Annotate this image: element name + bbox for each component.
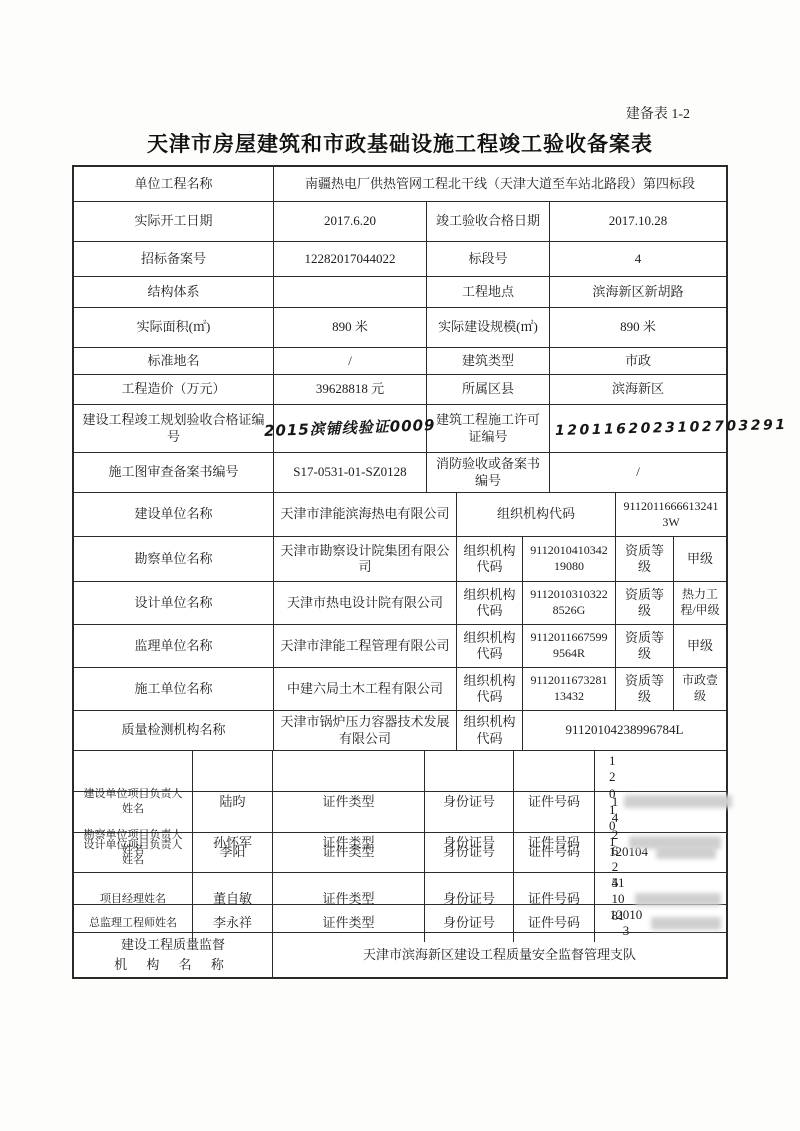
fire-acceptance-value: / xyxy=(550,453,726,492)
qc-unit-label: 质量检测机构名称 xyxy=(74,711,274,750)
cert-type-label: 证件类型 xyxy=(273,833,425,872)
construct-unit-code: 911201167328113432 xyxy=(523,668,616,710)
design-person-name: 李阳 xyxy=(193,833,273,872)
survey-unit-name: 天津市勘察设计院集团有限公司 xyxy=(274,537,457,581)
cert-type-value: 身份证号 xyxy=(425,833,514,872)
build-unit-code-label: 组织机构代码 xyxy=(457,493,616,536)
construct-unit-label: 施工单位名称 xyxy=(74,668,274,710)
handwriting: 2015滨铺线验证0009 xyxy=(264,416,436,441)
design-unit-code: 91120103103228526G xyxy=(523,582,616,624)
supervise-unit-code-label: 组织机构代码 xyxy=(457,625,523,667)
qc-unit-code: 91120104238996784L xyxy=(523,711,726,750)
quality-supervision-label-line1: 建设工程质量监督 xyxy=(121,937,225,953)
form-code: 建备表 1-2 xyxy=(626,103,690,123)
design-grade-value: 热力工程/甲级 xyxy=(674,582,726,624)
document-page: 建备表 1-2 天津市房屋建筑和市政基础设施工程竣工验收备案表 单位工程名称 南… xyxy=(0,0,800,1131)
redacted-area xyxy=(635,893,721,906)
standard-place-label: 标准地名 xyxy=(74,348,274,374)
table-row: 监理单位名称 天津市津能工程管理有限公司 组织机构代码 911201166759… xyxy=(74,625,726,668)
standard-place-value: / xyxy=(274,348,427,374)
table-row: 建设单位名称 天津市津能滨海热电有限公司 组织机构代码 911201166661… xyxy=(74,493,726,537)
design-unit-code-label: 组织机构代码 xyxy=(457,582,523,624)
project-cost-label: 工程造价（万元） xyxy=(74,375,274,404)
drawing-review-value: S17-0531-01-SZ0128 xyxy=(274,453,427,492)
qc-unit-code-label: 组织机构代码 xyxy=(457,711,523,750)
table-row: 勘察单位名称 天津市勘察设计院集团有限公司 组织机构代码 91120104103… xyxy=(74,537,726,582)
qc-unit-name: 天津市锅炉压力容器技术发展有限公司 xyxy=(274,711,457,750)
actual-area-label: 实际面积(㎡) xyxy=(74,308,274,347)
structure-system-label: 结构体系 xyxy=(74,277,274,307)
handwriting: 1201162023102703291 xyxy=(555,417,788,441)
supervise-unit-code: 91120116675999564R xyxy=(523,625,616,667)
survey-unit-code-label: 组织机构代码 xyxy=(457,537,523,581)
bid-record-label: 招标备案号 xyxy=(74,242,274,276)
section-no-value: 4 xyxy=(550,242,726,276)
design-unit-name: 天津市热电设计院有限公司 xyxy=(274,582,457,624)
acceptance-date-value: 2017.10.28 xyxy=(550,202,726,241)
planning-cert-value-handwritten: 2015滨铺线验证0009 xyxy=(274,405,427,452)
survey-unit-code: 911201041034219080 xyxy=(523,537,616,581)
construct-grade-value: 市政壹级 xyxy=(674,668,726,710)
table-row: 实际面积(㎡) 890 米 实际建设规模(㎡) 890 米 xyxy=(74,308,726,348)
unit-project-label: 单位工程名称 xyxy=(74,167,274,201)
table-row: 施工单位名称 中建六局土木工程有限公司 组织机构代码 9112011673281… xyxy=(74,668,726,711)
page-title: 天津市房屋建筑和市政基础设施工程竣工验收备案表 xyxy=(0,128,800,158)
unit-project-value: 南疆热电厂供热管网工程北干线（天津大道至车站北路段）第四标段 xyxy=(274,167,726,201)
build-scale-label: 实际建设规模(㎡) xyxy=(427,308,550,347)
redacted-area xyxy=(651,917,721,930)
survey-grade-value: 甲级 xyxy=(674,537,726,581)
table-row: 施工图审查备案书编号 S17-0531-01-SZ0128 消防验收或备案书编号… xyxy=(74,453,726,493)
table-row: 标准地名 / 建筑类型 市政 xyxy=(74,348,726,375)
construct-unit-name: 中建六局土木工程有限公司 xyxy=(274,668,457,710)
construct-grade-label: 资质等级 xyxy=(616,668,674,710)
district-value: 滨海新区 xyxy=(550,375,726,404)
redacted-area xyxy=(624,795,732,808)
acceptance-date-label: 竣工验收合格日期 xyxy=(427,202,550,241)
cert-no-label: 证件号码 xyxy=(514,833,595,872)
build-unit-label: 建设单位名称 xyxy=(74,493,274,536)
survey-grade-label: 资质等级 xyxy=(616,537,674,581)
fire-acceptance-label: 消防验收或备案书编号 xyxy=(427,453,550,492)
quality-supervision-value: 天津市滨海新区建设工程质量安全监督管理支队 xyxy=(273,933,726,977)
actual-area-value: 890 米 xyxy=(274,308,427,347)
project-location-value: 滨海新区新胡路 xyxy=(550,277,726,307)
district-label: 所属区县 xyxy=(427,375,550,404)
design-grade-label: 资质等级 xyxy=(616,582,674,624)
supervise-unit-label: 监理单位名称 xyxy=(74,625,274,667)
table-row: 建设单位项目负责人姓名 陆昀 证件类型 身份证号 证件号码 120101 xyxy=(74,751,726,792)
construction-permit-label: 建筑工程施工许可证编号 xyxy=(427,405,550,452)
table-row: 建设工程竣工规划验收合格证编号 2015滨铺线验证0009 建筑工程施工许可证编… xyxy=(74,405,726,453)
build-scale-value: 890 米 xyxy=(550,308,726,347)
table-row: 质量检测机构名称 天津市锅炉压力容器技术发展有限公司 组织机构代码 911201… xyxy=(74,711,726,751)
redacted-area xyxy=(656,846,716,859)
table-row: 单位工程名称 南疆热电厂供热管网工程北干线（天津大道至车站北路段）第四标段 xyxy=(74,167,726,202)
supervise-unit-name: 天津市津能工程管理有限公司 xyxy=(274,625,457,667)
design-person-label: 设计单位项目负责人姓名 xyxy=(74,833,193,872)
table-row: 工程造价（万元） 39628818 元 所属区县 滨海新区 xyxy=(74,375,726,405)
start-date-label: 实际开工日期 xyxy=(74,202,274,241)
section-no-label: 标段号 xyxy=(427,242,550,276)
table-row: 招标备案号 12282017044022 标段号 4 xyxy=(74,242,726,277)
project-cost-value: 39628818 元 xyxy=(274,375,427,404)
construction-permit-value-handwritten: 1201162023102703291 xyxy=(550,405,793,452)
planning-cert-label: 建设工程竣工规划验收合格证编号 xyxy=(74,405,274,452)
table-row: 建设工程质量监督 机 构 名 称 天津市滨海新区建设工程质量安全监督管理支队 xyxy=(74,933,726,977)
supervise-grade-value: 甲级 xyxy=(674,625,726,667)
building-type-label: 建筑类型 xyxy=(427,348,550,374)
quality-supervision-label-line2: 机 构 名 称 xyxy=(114,957,232,973)
design-unit-label: 设计单位名称 xyxy=(74,582,274,624)
table-row: 总监理工程师姓名 李永祥 证件类型 身份证号 证件号码 120103 xyxy=(74,905,726,933)
table-row: 设计单位名称 天津市热电设计院有限公司 组织机构代码 9112010310322… xyxy=(74,582,726,625)
table-row: 项目经理姓名 董自敏 证件类型 身份证号 证件号码 411081 xyxy=(74,873,726,905)
structure-system-value xyxy=(274,277,427,307)
start-date-value: 2017.6.20 xyxy=(274,202,427,241)
survey-unit-label: 勘察单位名称 xyxy=(74,537,274,581)
supervise-grade-label: 资质等级 xyxy=(616,625,674,667)
filing-form-table: 单位工程名称 南疆热电厂供热管网工程北干线（天津大道至车站北路段）第四标段 实际… xyxy=(72,165,728,979)
construct-unit-code-label: 组织机构代码 xyxy=(457,668,523,710)
build-unit-code: 91120116666132413W xyxy=(616,493,726,536)
project-location-label: 工程地点 xyxy=(427,277,550,307)
building-type-value: 市政 xyxy=(550,348,726,374)
drawing-review-label: 施工图审查备案书编号 xyxy=(74,453,274,492)
table-row: 结构体系 工程地点 滨海新区新胡路 xyxy=(74,277,726,308)
table-row: 实际开工日期 2017.6.20 竣工验收合格日期 2017.10.28 xyxy=(74,202,726,242)
bid-record-value: 12282017044022 xyxy=(274,242,427,276)
build-unit-name: 天津市津能滨海热电有限公司 xyxy=(274,493,457,536)
quality-supervision-label: 建设工程质量监督 机 构 名 称 xyxy=(74,933,273,977)
